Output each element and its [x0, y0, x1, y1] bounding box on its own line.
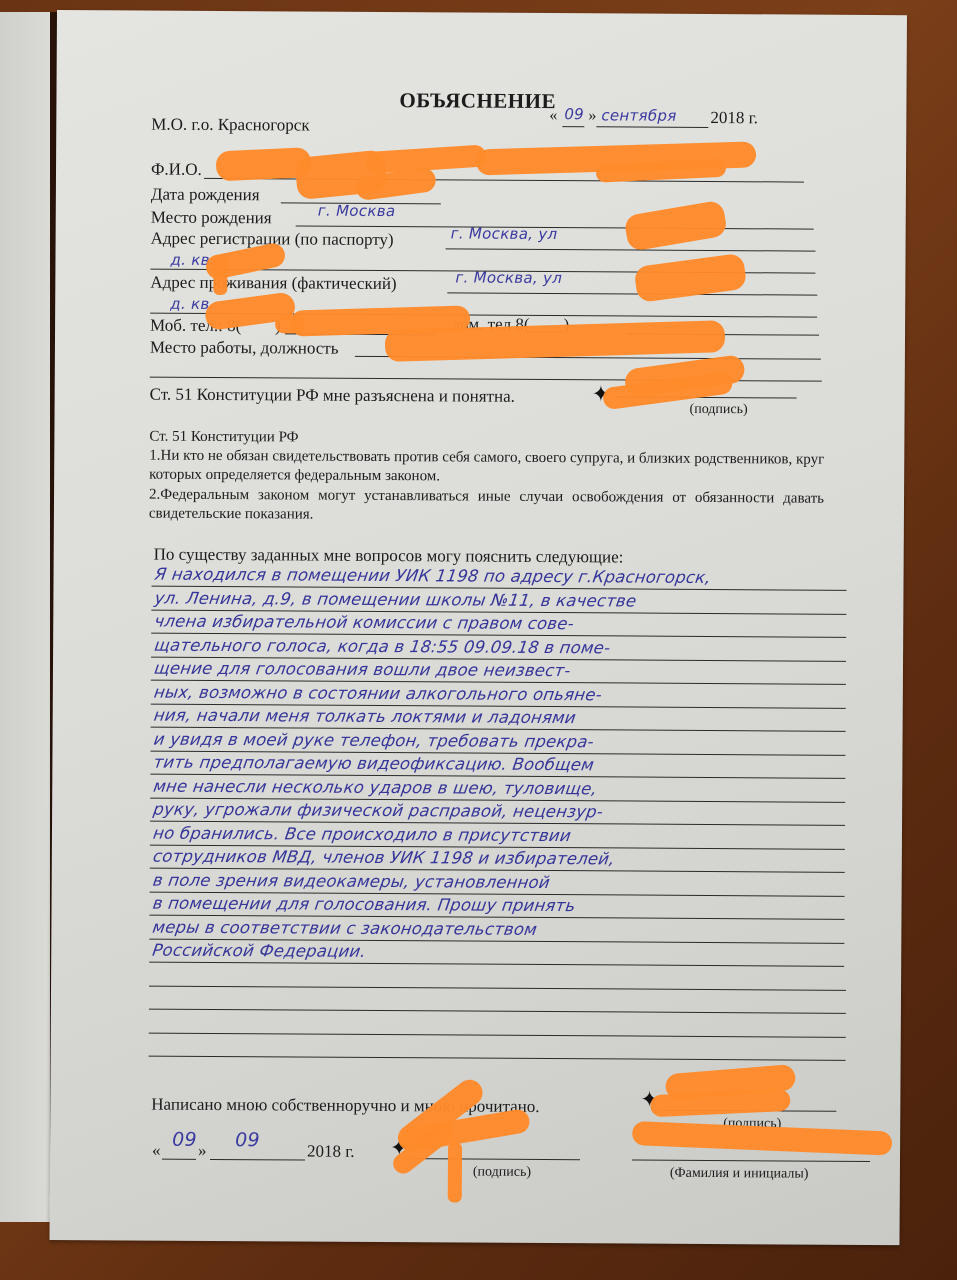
- adjacent-page-edge: [0, 12, 50, 1222]
- statement-line: Я находился в помещении УИК 1198 по адре…: [153, 565, 712, 587]
- location-text: М.О. г.о. Красногорск: [151, 115, 309, 136]
- statement-line: ных, возможно в состоянии алкогольного о…: [153, 682, 604, 704]
- name-caption: (Фамилия и инициалы): [670, 1166, 809, 1183]
- statement-line: щение для голосования вошли двое неизвес…: [153, 659, 572, 681]
- statement-line: Российской Федерации.: [151, 941, 367, 961]
- ruled-line: [149, 985, 846, 990]
- constitution-ack-text: Ст. 51 Конституции РФ мне разъяснена и п…: [150, 385, 515, 407]
- statement-line: но бранились. Все происходило в присутст…: [152, 823, 572, 845]
- statement-line: тить предполагаемую видеофиксацию. Вообщ…: [152, 753, 595, 775]
- birth-place-value: г. Москва: [318, 202, 396, 220]
- page-title: ОБЪЯСНЕНИЕ: [399, 88, 556, 114]
- fio-field-line: [204, 178, 804, 183]
- live-address-label: Адрес проживания (фактический): [150, 273, 396, 295]
- date-day-handwritten: 09: [564, 105, 584, 123]
- fio-label: Ф.И.О.: [151, 160, 202, 180]
- birth-date-label: Дата рождения: [151, 185, 260, 206]
- statement-line: меры в соответствии с законодательством: [151, 917, 538, 938]
- privacy-redactions: [57, 10, 907, 15]
- ruled-line: [149, 962, 844, 967]
- constitution-heading: Ст. 51 Конституции РФ: [149, 429, 298, 447]
- footer-month-handwritten: 09: [235, 1129, 260, 1151]
- ruled-line: [149, 1032, 846, 1037]
- statement-line: сотрудников МВД, членов УИК 1198 и избир…: [152, 847, 616, 869]
- explanation-form-sheet: ОБЪЯСНЕНИЕ М.О. г.о. Красногорск « 09 » …: [49, 10, 906, 1245]
- date-month-handwritten: сентября: [601, 106, 676, 124]
- footer-date: « 09 » 09 2018 г.: [57, 10, 907, 15]
- blank-ruled-lines: [57, 10, 907, 15]
- live-address-value: г. Москва, ул: [455, 268, 562, 287]
- handwritten-statement: Я находился в помещении УИК 1198 по адре…: [57, 10, 907, 15]
- signature-caption-2: (подпись): [473, 1165, 531, 1181]
- constitution-item-1: 1.Ни кто не обязан свидетельствовать про…: [149, 447, 824, 489]
- birth-place-label: Место рождения: [151, 208, 272, 229]
- statement-line: члена избирательной комиссии с правом со…: [153, 612, 575, 634]
- statement-line: ул. Ленина, д.9, в помещении школы №11, …: [153, 588, 637, 610]
- statement-line: в поле зрения видеокамеры, установленной: [152, 870, 552, 891]
- header-date: « 09 » сентября 2018 г.: [57, 10, 907, 15]
- statement-line: в помещении для голосования. Прошу приня…: [151, 894, 576, 916]
- reg-address-value: г. Москва, ул: [451, 224, 558, 243]
- workplace-label: Место работы, должность: [150, 338, 339, 359]
- ruled-line: [149, 1009, 846, 1014]
- signature-caption: (подпись): [690, 402, 748, 418]
- ruled-line: [149, 1056, 846, 1061]
- constitution-item-2: 2.Федеральным законом могут устанавливат…: [149, 486, 824, 528]
- statement-line: мне нанесли несколько ударов в шею, туло…: [152, 776, 598, 798]
- statement-line: и увидя в моей руке телефон, требовать п…: [152, 729, 595, 751]
- statement-line: руку, угрожали физической расправой, нец…: [152, 800, 604, 822]
- statement-line: ния, начали меня толкать локтями и ладон…: [153, 706, 578, 728]
- statement-line: щательного голоса, когда в 18:55 09.09.1…: [153, 635, 612, 657]
- footer-day-handwritten: 09: [172, 1129, 197, 1151]
